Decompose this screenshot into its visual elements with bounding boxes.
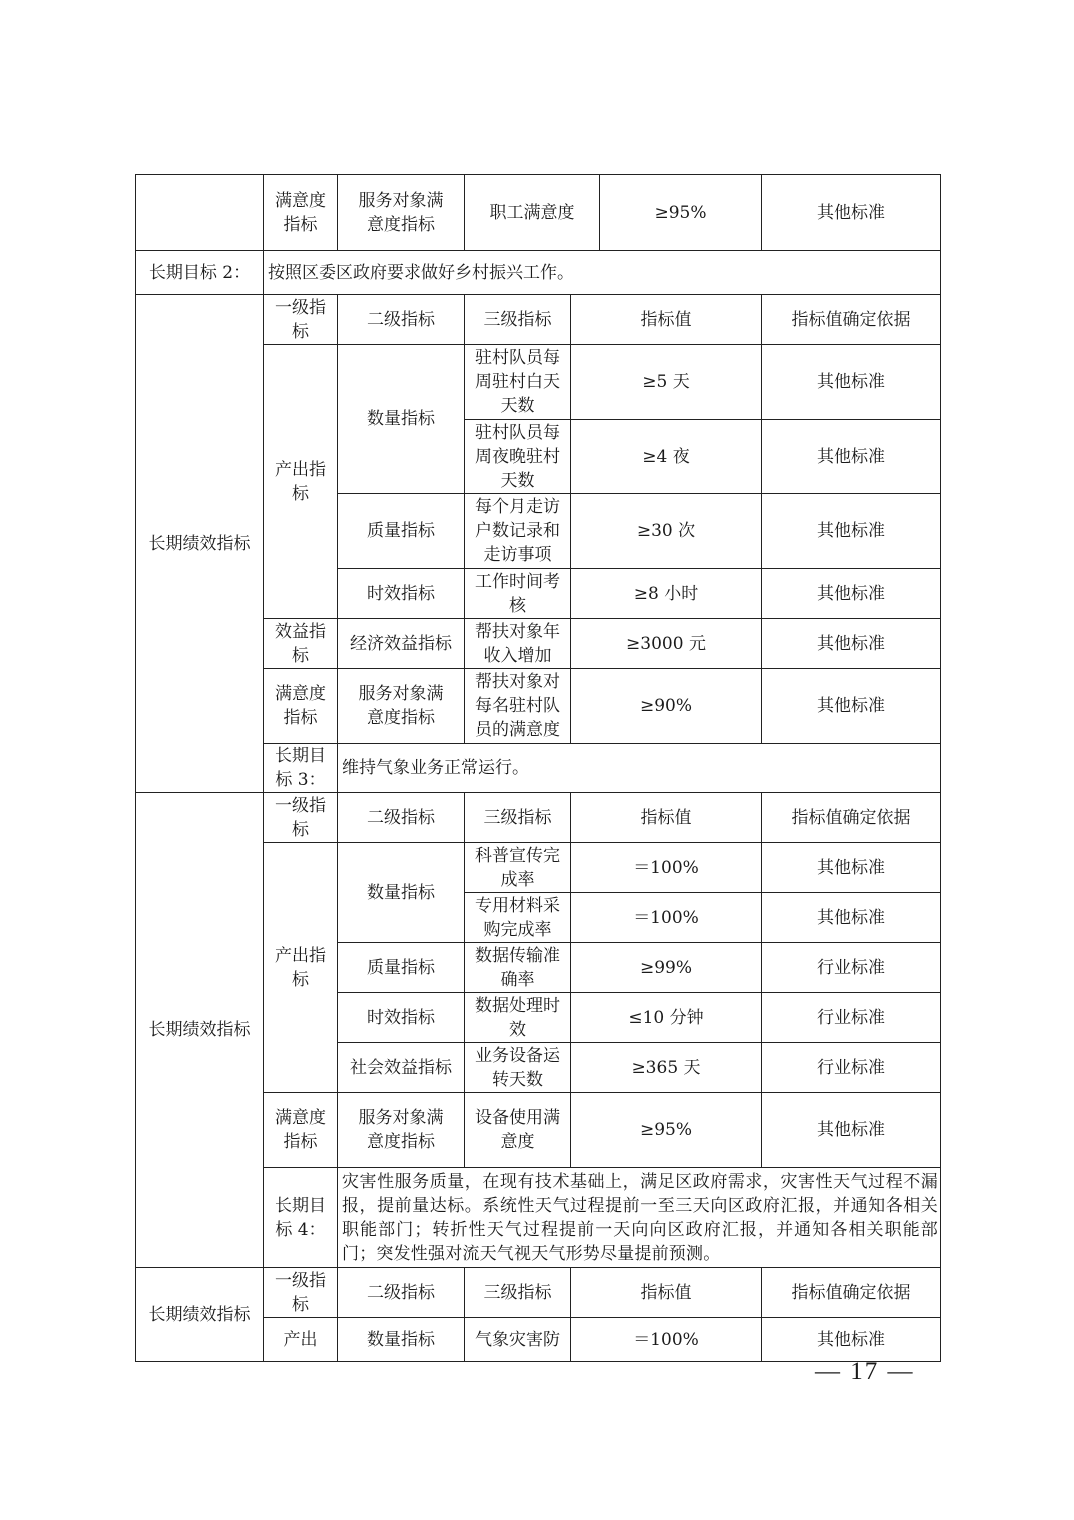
value-cell: ≥8 小时 <box>571 569 762 619</box>
header-level3: 三级指标 <box>465 1268 571 1318</box>
page-number: — 17 — <box>815 1358 915 1386</box>
header-level2: 二级指标 <box>338 793 465 843</box>
header-level1: 一级指标 <box>264 295 338 345</box>
basis-cell: 其他标准 <box>762 1318 941 1362</box>
level2-cell: 时效指标 <box>338 993 465 1043</box>
value-cell: ≥3000 元 <box>571 619 762 669</box>
level3-cell: 数据处理时效 <box>465 993 571 1043</box>
level1-cell: 效益指标 <box>264 619 338 669</box>
level3-text: 职工满意度 <box>465 175 600 250</box>
level2-cell: 时效指标 <box>338 569 465 619</box>
value-cell: ≥365 天 <box>571 1043 762 1093</box>
basis-cell: 其他标准 <box>762 843 941 893</box>
value-cell: ≥4 夜 <box>571 420 762 494</box>
header-basis: 指标值确定依据 <box>762 1268 941 1318</box>
level2-cell: 社会效益指标 <box>338 1043 465 1093</box>
basis-cell: 其他标准 <box>762 494 941 569</box>
level3-cell: 工作时间考核 <box>465 569 571 619</box>
basis-cell: 行业标准 <box>762 1043 941 1093</box>
header-row: 长期绩效指标 一级指标 二级指标 三级指标 指标值 指标值确定依据 <box>136 793 941 843</box>
level2-cell: 质量指标 <box>338 494 465 569</box>
level1-cell: 满意度指标 <box>264 669 338 744</box>
basis-cell: 其他标准 <box>762 569 941 619</box>
level3-cell: 气象灾害防 <box>465 1318 571 1362</box>
level2-cell: 质量指标 <box>338 943 465 993</box>
header-value: 指标值 <box>571 1268 762 1318</box>
header-basis: 指标值确定依据 <box>762 793 941 843</box>
header-level3: 三级指标 <box>465 295 571 345</box>
row-label-cell: 长期绩效指标 <box>136 295 264 793</box>
row-label-cell-empty <box>136 175 264 251</box>
table-row: 满意度指标 服务对象满意度指标 职工满意度 ≥95% 其他标准 <box>136 175 941 251</box>
level3-cell: 职工满意度 ≥95% <box>465 175 762 251</box>
basis-cell: 行业标准 <box>762 943 941 993</box>
goal-label: 长期目标 4： <box>264 1168 338 1268</box>
basis-cell: 其他标准 <box>762 893 941 943</box>
goal-label: 长期目标 3： <box>264 744 338 793</box>
value-cell: ＝100% <box>571 843 762 893</box>
performance-table: 满意度指标 服务对象满意度指标 职工满意度 ≥95% 其他标准 长期目标 2： … <box>135 174 941 1362</box>
header-level2: 二级指标 <box>338 295 465 345</box>
level3-cell: 数据传输准确率 <box>465 943 571 993</box>
level3-cell: 帮扶对象年收入增加 <box>465 619 571 669</box>
header-level3: 三级指标 <box>465 793 571 843</box>
basis-cell: 其他标准 <box>762 1093 941 1168</box>
header-row: 长期绩效指标 一级指标 二级指标 三级指标 指标值 指标值确定依据 <box>136 1268 941 1318</box>
level2-cell: 数量指标 <box>338 843 465 943</box>
level3-cell: 科普宣传完成率 <box>465 843 571 893</box>
header-value: 指标值 <box>571 793 762 843</box>
level3-cell: 驻村队员每周夜晚驻村天数 <box>465 420 571 494</box>
goal-text: 按照区委区政府要求做好乡村振兴工作。 <box>264 251 941 295</box>
header-level2: 二级指标 <box>338 1268 465 1318</box>
basis-cell: 其他标准 <box>762 619 941 669</box>
level3-cell: 业务设备运转天数 <box>465 1043 571 1093</box>
level1-cell: 产出指标 <box>264 843 338 1093</box>
value-cell: ≥90% <box>571 669 762 744</box>
value-cell: ＝100% <box>571 893 762 943</box>
level3-cell: 每个月走访户数记录和走访事项 <box>465 494 571 569</box>
header-value: 指标值 <box>571 295 762 345</box>
level2-cell: 服务对象满意度指标 <box>338 669 465 744</box>
row-label-cell: 长期绩效指标 <box>136 793 264 1268</box>
level2-cell: 经济效益指标 <box>338 619 465 669</box>
row-label-cell: 长期绩效指标 <box>136 1268 264 1362</box>
level2-cell: 数量指标 <box>338 345 465 494</box>
value-text: ≥95% <box>600 175 761 250</box>
level2-cell: 数量指标 <box>338 1318 465 1362</box>
level3-cell: 设备使用满意度 <box>465 1093 571 1168</box>
basis-cell: 其他标准 <box>762 669 941 744</box>
header-level1: 一级指标 <box>264 1268 338 1318</box>
value-cell: ＝100% <box>571 1318 762 1362</box>
document-page: 满意度指标 服务对象满意度指标 职工满意度 ≥95% 其他标准 长期目标 2： … <box>0 0 1074 1520</box>
level2-cell: 服务对象满意度指标 <box>338 175 465 251</box>
value-cell: ≥30 次 <box>571 494 762 569</box>
goal-text: 维持气象业务正常运行。 <box>338 744 941 793</box>
value-cell: ≥5 天 <box>571 345 762 420</box>
basis-cell: 其他标准 <box>762 420 941 494</box>
level1-cell: 产出 <box>264 1318 338 1362</box>
level2-cell: 服务对象满意度指标 <box>338 1093 465 1168</box>
value-cell: ≤10 分钟 <box>571 993 762 1043</box>
level1-cell: 满意度指标 <box>264 175 338 251</box>
level1-cell: 产出指标 <box>264 345 338 619</box>
goal-row: 长期目标 2： 按照区委区政府要求做好乡村振兴工作。 <box>136 251 941 295</box>
header-row: 长期绩效指标 一级指标 二级指标 三级指标 指标值 指标值确定依据 <box>136 295 941 345</box>
header-basis: 指标值确定依据 <box>762 295 941 345</box>
value-cell: ≥95% <box>571 1093 762 1168</box>
level3-cell: 驻村队员每周驻村白天天数 <box>465 345 571 420</box>
header-level1: 一级指标 <box>264 793 338 843</box>
goal-text: 灾害性服务质量，在现有技术基础上，满足区政府需求，灾害性天气过程不漏报，提前量达… <box>338 1168 941 1268</box>
level3-cell: 帮扶对象对每名驻村队员的满意度 <box>465 669 571 744</box>
value-cell: ≥99% <box>571 943 762 993</box>
basis-cell: 其他标准 <box>762 345 941 420</box>
basis-cell: 行业标准 <box>762 993 941 1043</box>
level1-cell: 满意度指标 <box>264 1093 338 1168</box>
basis-cell: 其他标准 <box>762 175 941 251</box>
level3-cell: 专用材料采购完成率 <box>465 893 571 943</box>
goal-label: 长期目标 2： <box>136 251 264 295</box>
